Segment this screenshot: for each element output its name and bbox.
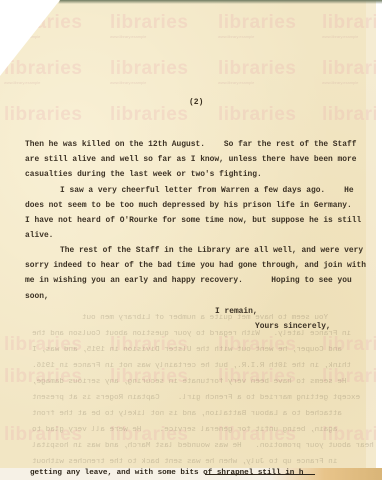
watermark: libraries — [4, 104, 82, 126]
body-line: I saw a very cheerful letter from Warren… — [60, 186, 354, 195]
body-line: alive. — [25, 231, 53, 240]
body-line: The rest of the Staff in the Library are… — [60, 246, 363, 255]
closing-signoff: Yours sincerely, — [255, 322, 331, 331]
bleed-through-line: in France up to July, when he was sent b… — [32, 458, 337, 466]
watermark: librarieswww.library.example — [4, 12, 82, 39]
body-line: me in wishing you an early and happy rec… — [25, 276, 352, 285]
letter-page: librarieswww.library.example librariesww… — [0, 0, 376, 480]
body-line: sorry indeed to hear of the bad time you… — [25, 261, 366, 270]
watermark: librarieswww.library.example — [4, 58, 82, 85]
strikethrough-mark — [205, 474, 315, 475]
watermark: libraries — [322, 104, 376, 126]
bleed-through-line: and Couper, he went out with the Ulster … — [32, 346, 342, 354]
watermark: libraries — [110, 104, 188, 126]
bleed-through-line: hear about your promotion. He was wounde… — [32, 442, 374, 450]
body-line: are still alive and well so far as I kno… — [25, 155, 356, 164]
watermark: librarieswww.library.example — [110, 58, 188, 85]
page-number: (2) — [189, 98, 203, 107]
body-line: casualties during the last week or two's… — [25, 170, 262, 179]
watermark: librarieswww.library.example — [322, 12, 376, 39]
watermark: librarieswww.library.example — [218, 58, 296, 85]
closing-remain: I remain, — [215, 307, 258, 316]
underlying-page-text: getting any leave, and with some bits of… — [30, 469, 303, 477]
watermark: librarieswww.library.example — [110, 12, 188, 39]
body-line: Then he was killed on the 12th August. S… — [25, 140, 356, 149]
body-line: I have not heard of O'Rourke for some ti… — [25, 216, 361, 225]
body-line: soon, — [25, 292, 49, 301]
watermark: librarieswww.library.example — [218, 12, 296, 39]
bleed-through-line: attached to a Labour Battalion, and is n… — [32, 410, 342, 418]
bleed-through-line: He seems to have been very fortunate in … — [32, 378, 346, 386]
page-top-edge — [0, 0, 382, 4]
body-line: does not seem to be too much depressed b… — [25, 201, 352, 210]
bleed-through-line: think, in the 10th R.I.R., but he certai… — [32, 362, 351, 370]
bleed-through-line: You seem to have met quite a number of L… — [82, 314, 328, 322]
bleed-through-line: in France lately. With regard to your qu… — [32, 330, 351, 338]
bleed-through-line: again, being unfit for general service. … — [32, 426, 337, 434]
bleed-through-line: except getting married to a French girl.… — [32, 394, 360, 402]
watermark: libraries — [218, 104, 296, 126]
watermark: librarieswww.library.example — [322, 58, 376, 85]
